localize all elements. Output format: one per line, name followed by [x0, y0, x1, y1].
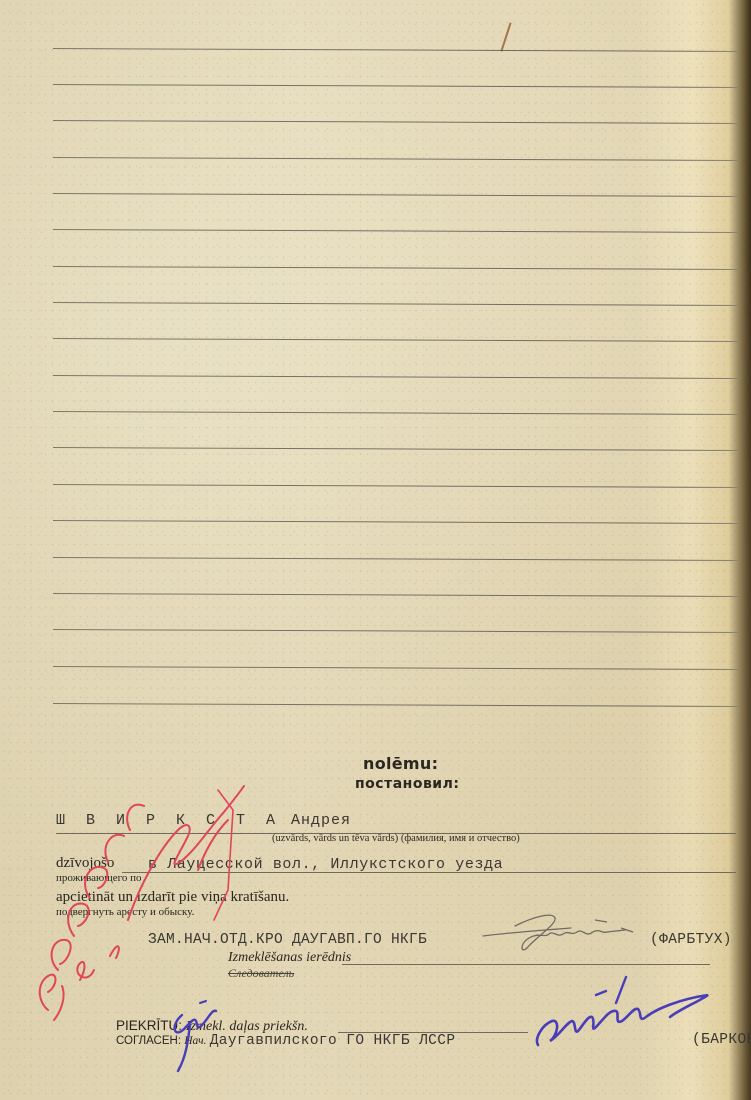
ruled-line	[53, 302, 740, 306]
subject-name: Ш В И Р К С Т А Андрея	[56, 812, 351, 829]
residence-underline	[122, 872, 736, 873]
ruled-line	[53, 520, 740, 524]
ruled-line	[53, 84, 740, 88]
heading-latvian: nolēmu:	[363, 754, 438, 773]
ruled-line	[53, 157, 740, 161]
ruled-lines	[0, 0, 751, 720]
ruled-line	[53, 557, 740, 561]
approval-role-ru-prefix: Нач.	[184, 1035, 206, 1047]
ruled-line	[53, 593, 740, 597]
signer-title: ЗАМ.НАЧ.ОТД.КРО ДАУГАВП.ГО НКГБ	[148, 932, 427, 948]
subject-given-name: Андрея	[291, 812, 351, 829]
ruled-line	[53, 629, 740, 633]
approval-line-ru: СОГЛАСЕН: Нач. Даугавпилского ГО НКГБ ЛС…	[116, 1033, 455, 1049]
investigator-role-ru: Следователь	[228, 966, 294, 981]
approver-name: (БАРКОВСК	[692, 1032, 751, 1048]
action-text-lv: apcietināt un izdarīt pie viņa kratīšanu…	[56, 889, 289, 906]
signer-signature	[475, 908, 655, 963]
residence-value: в Лауцесской вол., Иллукстского уезда	[148, 856, 503, 873]
heading-russian: постановил:	[355, 776, 459, 792]
residence-label-ru: проживающего по	[56, 872, 141, 884]
subject-surname: Ш В И Р К С Т А	[56, 812, 281, 829]
approval-org: Даугавпилского ГО НКГБ ЛССР	[210, 1033, 456, 1049]
ruled-line	[53, 484, 740, 488]
ruled-line	[53, 375, 740, 379]
ruled-line	[53, 411, 740, 415]
approval-label-ru: СОГЛАСЕН:	[116, 1035, 181, 1047]
name-caption: (uzvārds, vārds un tēva vārds) (фамилия,…	[272, 833, 520, 844]
action-text-ru: подвергнуть аресту и обыску.	[56, 906, 194, 918]
approval-label-lv: PIEKRĪTU:	[116, 1018, 182, 1033]
ruled-line	[53, 193, 740, 197]
signature-underline	[342, 964, 710, 965]
ruled-line	[53, 266, 740, 270]
ruled-line	[53, 120, 740, 124]
ruled-line	[53, 338, 740, 342]
residence-label-lv: dzīvojošo	[56, 855, 114, 872]
ruled-line	[53, 48, 740, 52]
signer-name: (ФАРБТУХ)	[650, 932, 732, 948]
ruled-line	[53, 447, 740, 451]
investigator-role-lv: Izmeklēšanas ierēdnis	[228, 950, 351, 966]
ruled-line	[53, 229, 740, 233]
approval-role-lv: Izmekl. daļas priekšn.	[186, 1019, 308, 1034]
ruled-line	[53, 666, 740, 670]
ruled-line	[53, 703, 740, 707]
